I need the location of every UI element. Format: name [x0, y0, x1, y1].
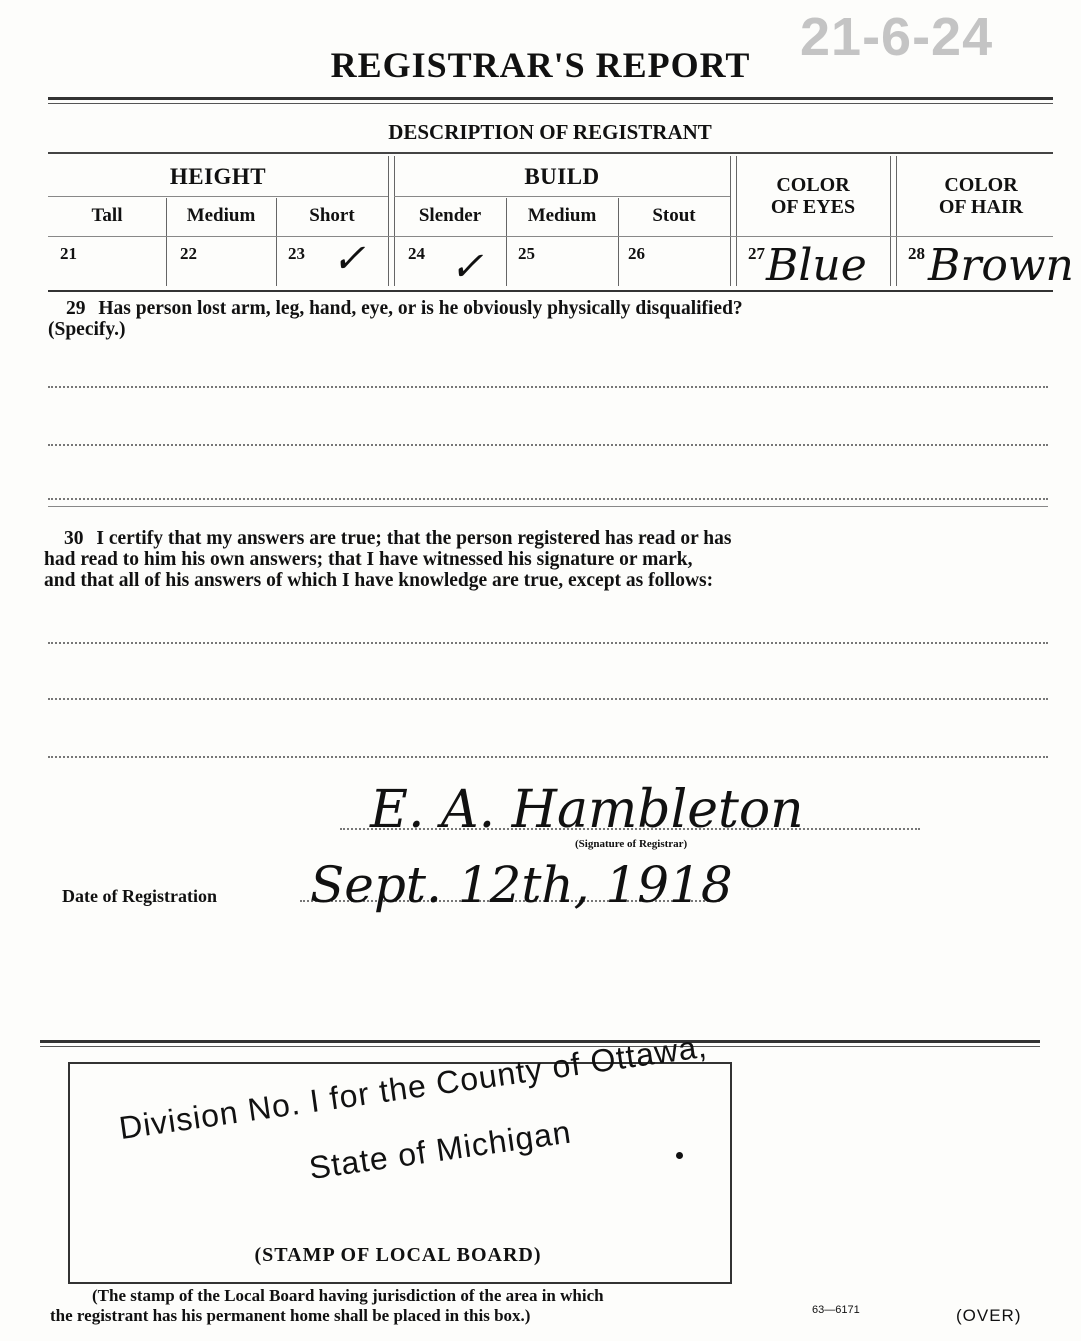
form-code: 63—6171 [812, 1304, 860, 1316]
answer-line [48, 698, 1048, 700]
height-tall-label: Tall [48, 205, 166, 227]
divider [40, 1040, 1040, 1047]
page-title: REGISTRAR'S REPORT [0, 44, 1081, 86]
eyes-heading-line2: OF EYES [736, 196, 890, 218]
build-medium-label: Medium [506, 205, 618, 227]
hair-color-value: Brown [928, 240, 1074, 291]
registration-date-value: Sept. 12th, 1918 [310, 856, 733, 914]
column-divider [890, 156, 891, 286]
question-30: 30 I certify that my answers are true; t… [44, 528, 1054, 591]
divider [48, 152, 1053, 154]
divider [48, 236, 1053, 237]
question-29-number: 29 [66, 298, 86, 319]
answer-line [48, 756, 1048, 758]
question-29-specify: (Specify.) [48, 319, 125, 340]
question-29-text: Has person lost arm, leg, hand, eye, or … [98, 298, 742, 319]
field-number-24: 24 [408, 244, 425, 264]
answer-line [48, 642, 1048, 644]
build-slender-label: Slender [394, 205, 506, 227]
field-number-27: 27 [748, 244, 765, 264]
build-stout-label: Stout [618, 205, 730, 227]
column-divider [730, 156, 731, 286]
answer-line [48, 498, 1048, 500]
hair-heading-line2: OF HAIR [896, 196, 1066, 218]
height-heading: HEIGHT [48, 164, 388, 190]
date-label: Date of Registration [62, 886, 217, 907]
divider [394, 196, 730, 197]
stamp-caption: (STAMP OF LOCAL BOARD) [68, 1244, 728, 1267]
question-30-number: 30 [64, 528, 84, 549]
question-30-line3: and that all of his answers of which I h… [44, 570, 713, 591]
column-divider [276, 198, 277, 286]
column-divider [388, 156, 389, 286]
eyes-heading-line1: COLOR [736, 174, 890, 196]
field-number-26: 26 [628, 244, 645, 264]
hair-heading: COLOR OF HAIR [896, 174, 1066, 218]
short-checkmark: ✓ [332, 236, 366, 282]
hair-heading-line1: COLOR [896, 174, 1066, 196]
height-short-label: Short [276, 205, 388, 227]
section-heading: DESCRIPTION OF REGISTRANT [0, 120, 1081, 145]
divider [48, 506, 1048, 507]
question-30-line1: I certify that my answers are true; that… [96, 528, 731, 549]
footer-note-line2: the registrant has his permanent home sh… [50, 1306, 604, 1326]
answer-line [48, 444, 1048, 446]
question-29: 29 Has person lost arm, leg, hand, eye, … [48, 298, 1078, 340]
field-number-25: 25 [518, 244, 535, 264]
signature-caption: (Signature of Registrar) [575, 838, 687, 850]
field-number-28: 28 [908, 244, 925, 264]
answer-line [48, 386, 1048, 388]
column-divider [166, 198, 167, 286]
height-medium-label: Medium [166, 205, 276, 227]
slender-checkmark: ✓ [450, 244, 484, 290]
divider [48, 196, 388, 197]
footer-note-line1: (The stamp of the Local Board having jur… [92, 1286, 604, 1306]
over-label: (OVER) [956, 1306, 1022, 1326]
field-number-23: 23 [288, 244, 305, 264]
divider [48, 97, 1053, 104]
column-divider [618, 198, 619, 286]
question-30-line2: had read to him his own answers; that I … [44, 549, 692, 570]
eye-color-value: Blue [766, 240, 867, 291]
registrar-signature: E. A. Hambleton [370, 780, 804, 840]
stamp-dot [676, 1152, 683, 1159]
divider [48, 290, 1053, 292]
eyes-heading: COLOR OF EYES [736, 174, 890, 218]
column-divider [506, 198, 507, 286]
field-number-22: 22 [180, 244, 197, 264]
footer-note: (The stamp of the Local Board having jur… [50, 1286, 604, 1326]
build-heading: BUILD [394, 164, 730, 190]
field-number-21: 21 [60, 244, 77, 264]
